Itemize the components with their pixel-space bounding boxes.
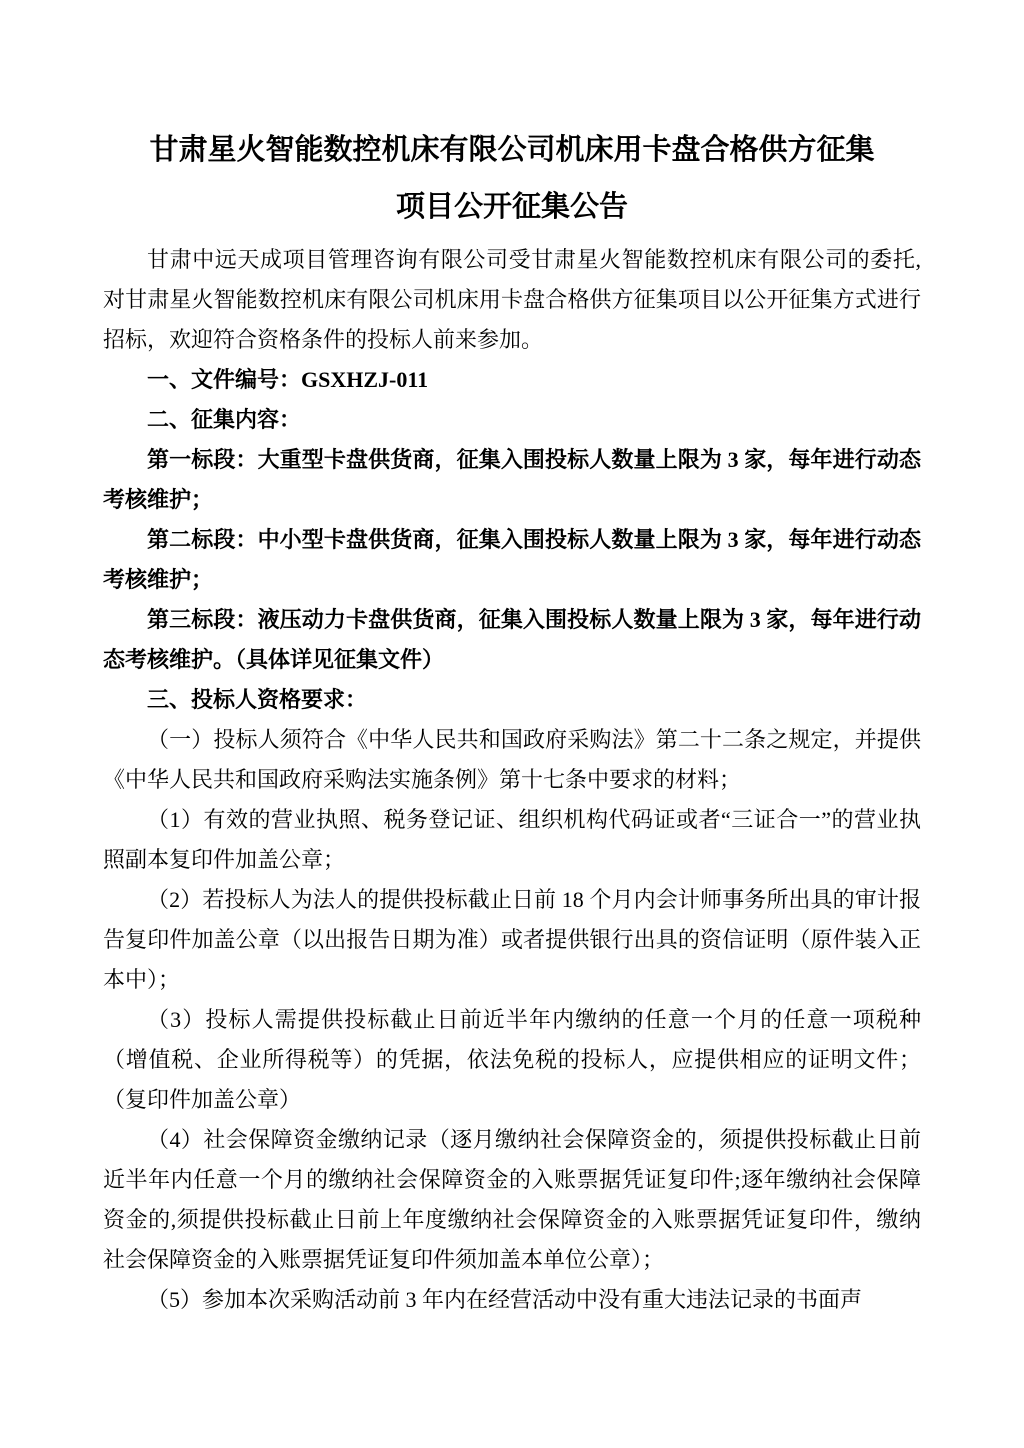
qualification-item-1: （一）投标人须符合《中华人民共和国政府采购法》第二十二条之规定，并提供《中华人民…	[103, 720, 921, 800]
qualification-sub-item-4: （4）社会保障资金缴纳记录（逐月缴纳社会保障资金的，须提供投标截止日前近半年内任…	[103, 1120, 921, 1280]
qualification-sub-item-2: （2）若投标人为法人的提供投标截止日前 18 个月内会计师事务所出具的审计报告复…	[103, 880, 921, 1000]
document-title: 甘肃星火智能数控机床有限公司机床用卡盘合格供方征集 项目公开征集公告	[103, 122, 921, 236]
qualification-requirements-heading: 三、投标人资格要求：	[103, 680, 921, 720]
document-page: 甘肃星火智能数控机床有限公司机床用卡盘合格供方征集 项目公开征集公告 甘肃中远天…	[0, 0, 1024, 1448]
qualification-sub-item-1: （1）有效的营业执照、税务登记证、组织机构代码证或者“三证合一”的营业执照副本复…	[103, 800, 921, 880]
qualification-sub-item-3: （3）投标人需提供投标截止日前近半年内缴纳的任意一个月的任意一项税种（增值税、企…	[103, 1000, 921, 1120]
intro-paragraph: 甘肃中远天成项目管理咨询有限公司受甘肃星火智能数控机床有限公司的委托,对甘肃星火…	[103, 240, 921, 360]
document-title-line1: 甘肃星火智能数控机床有限公司机床用卡盘合格供方征集	[149, 134, 874, 166]
lot-3-paragraph: 第三标段：液压动力卡盘供货商，征集入围投标人数量上限为 3 家，每年进行动态考核…	[103, 600, 921, 680]
document-body: 甘肃中远天成项目管理咨询有限公司受甘肃星火智能数控机床有限公司的委托,对甘肃星火…	[103, 240, 921, 1320]
lot-1-paragraph: 第一标段：大重型卡盘供货商，征集入围投标人数量上限为 3 家，每年进行动态考核维…	[103, 440, 921, 520]
document-title-line2: 项目公开征集公告	[396, 191, 628, 223]
lot-2-paragraph: 第二标段：中小型卡盘供货商，征集入围投标人数量上限为 3 家，每年进行动态考核维…	[103, 520, 921, 600]
file-number-heading: 一、文件编号：GSXHZJ-011	[103, 360, 921, 400]
collection-content-heading: 二、征集内容：	[103, 400, 921, 440]
qualification-sub-item-5: （5）参加本次采购活动前 3 年内在经营活动中没有重大违法记录的书面声	[103, 1280, 921, 1320]
